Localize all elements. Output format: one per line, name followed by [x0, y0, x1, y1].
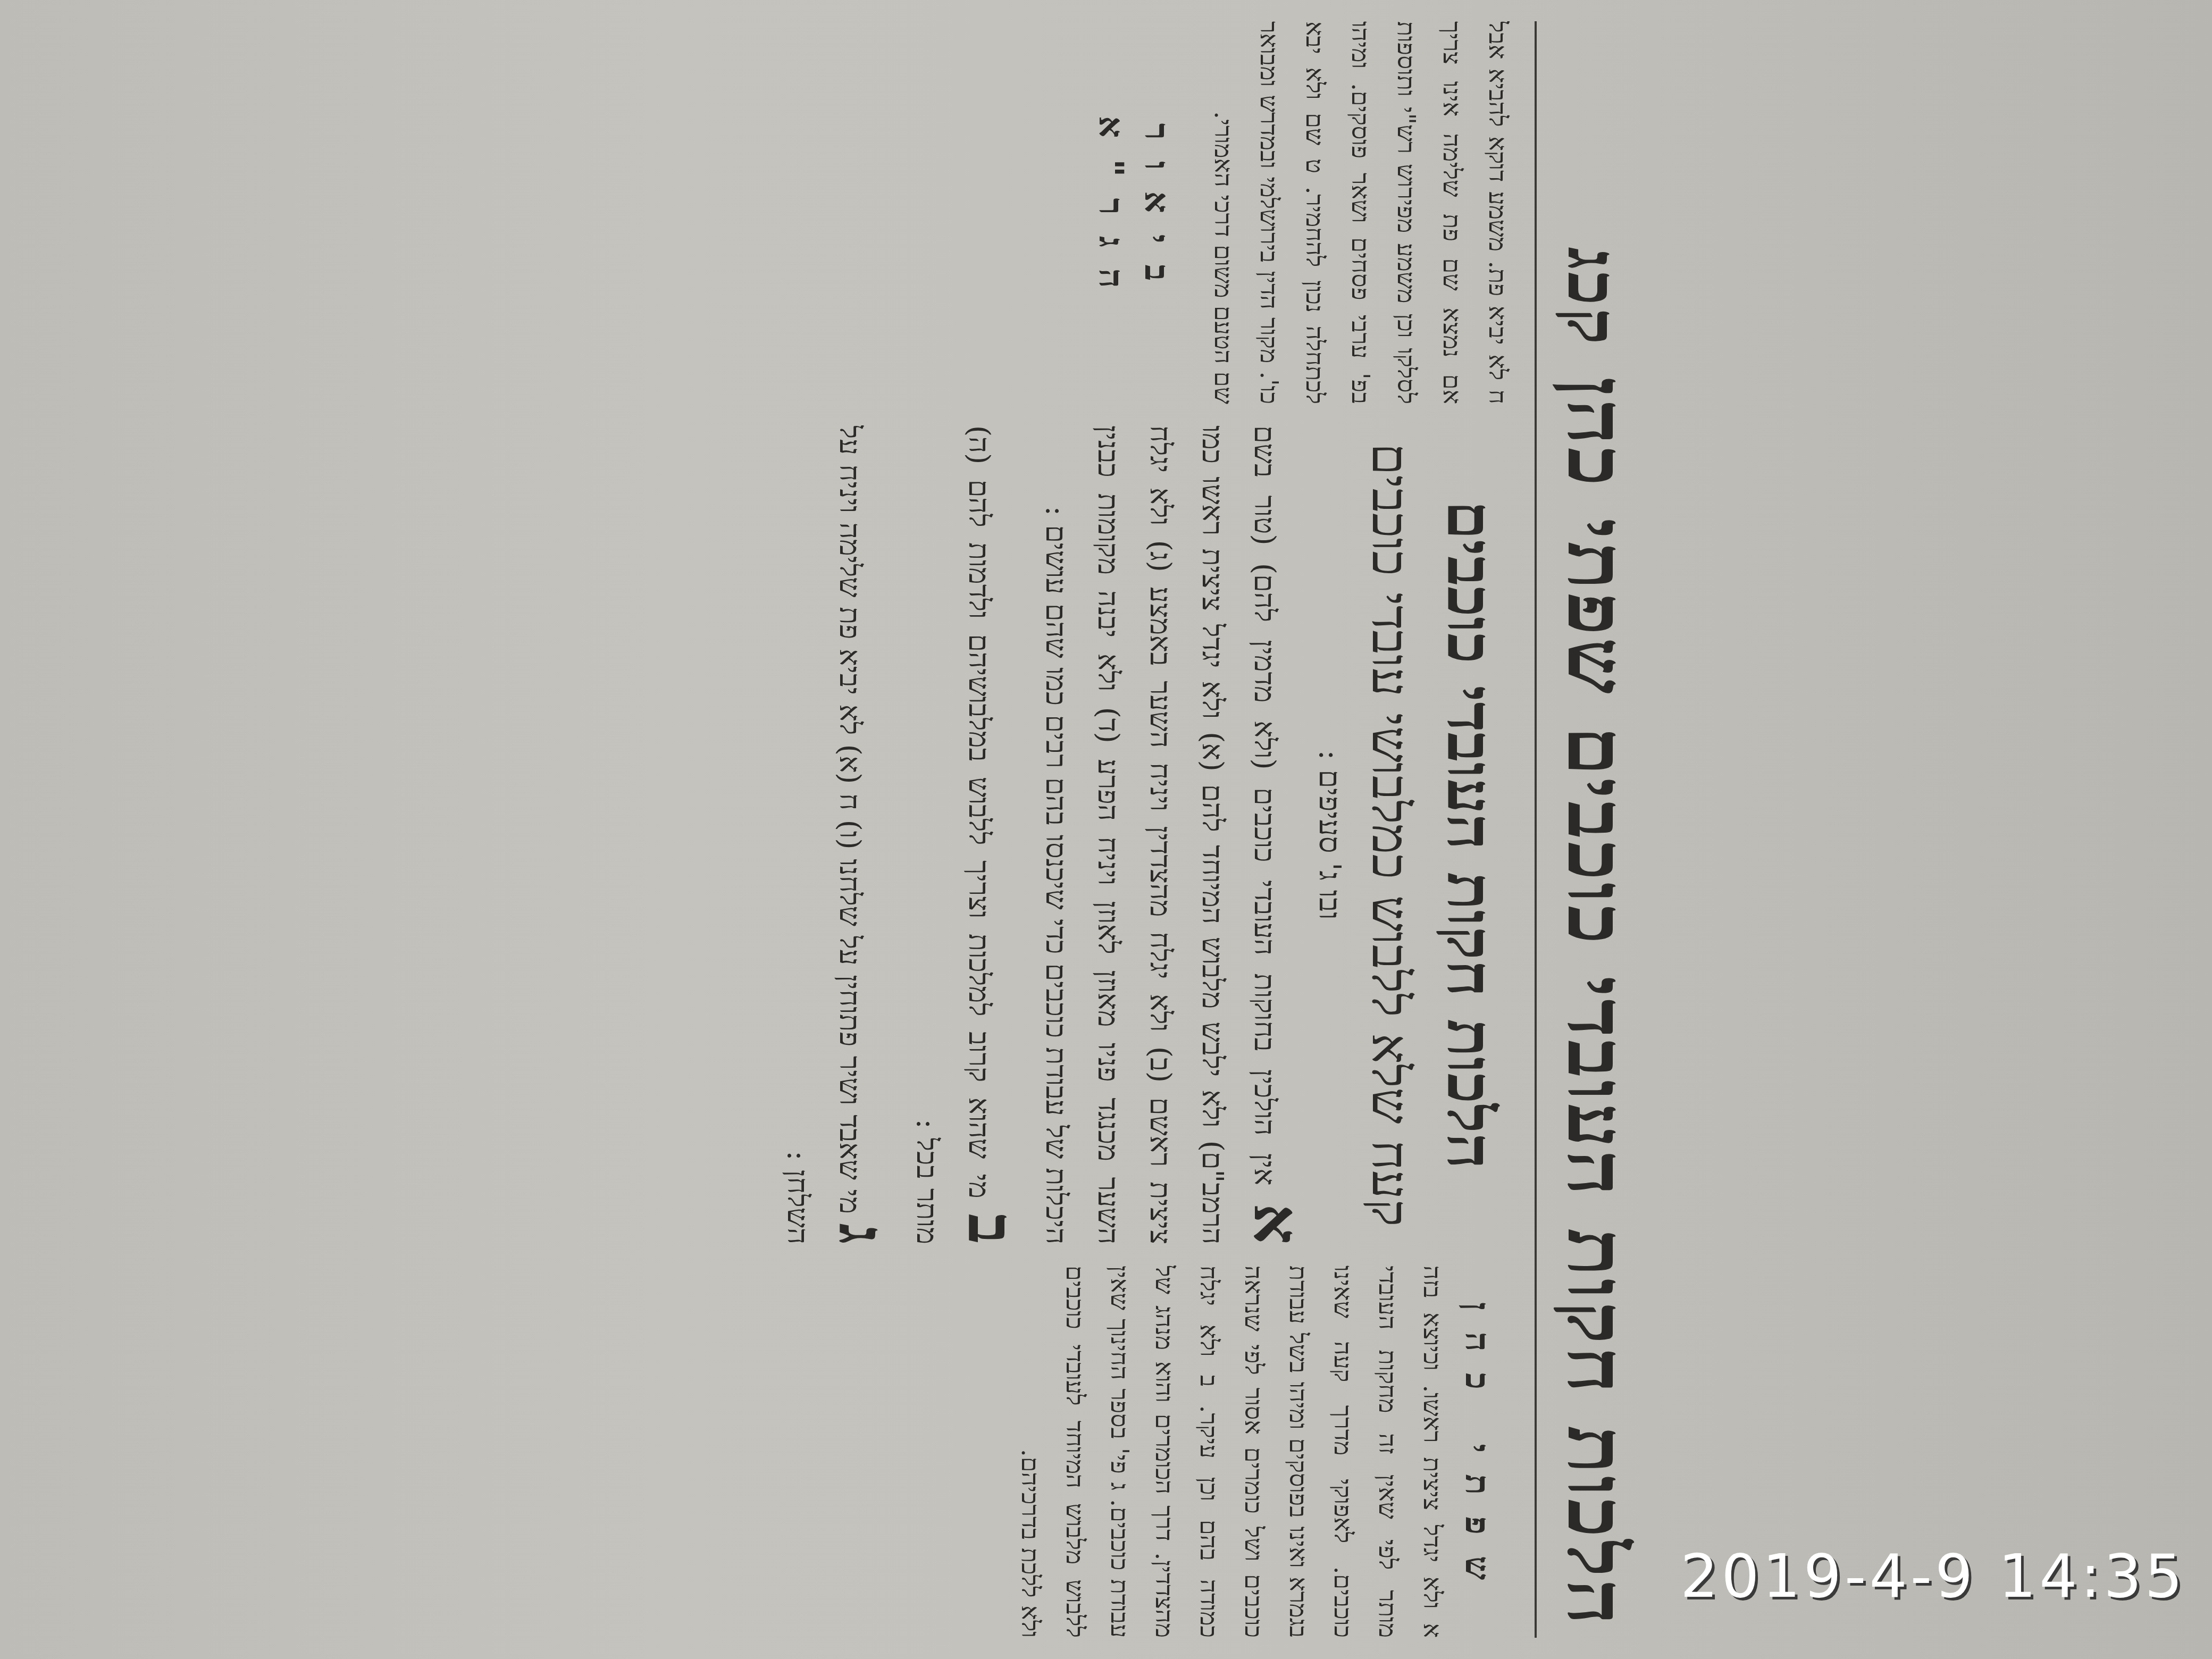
seif-letter: א — [1239, 1203, 1314, 1244]
seif-text: מי שאבד ושיר פתוחין על שלחנו (ו) ח (א) ל… — [781, 425, 867, 1244]
section-title-text: הלכות חקות העובדי כוכבים — [1434, 500, 1507, 1169]
seif-paragraph: א אין הולכין בחוקות העובדי כוכבים (ולא מ… — [1030, 425, 1303, 1244]
shach-text: א ולא יגדל ציצית ראשו. וכיוצא בזה מותר ל… — [1008, 1266, 1455, 1638]
section-subtitle-text: שלא ללבוש כמלבושי עובדי כוכבים — [1361, 443, 1420, 1124]
siman-label: קעח — [1361, 1140, 1420, 1227]
siman-number: קכג — [1552, 247, 1633, 347]
seif-paragraph: ב מי שהוא קרוב למלכות וצריך ללבוש במלבוש… — [901, 425, 1017, 1244]
shach-commentary-column: שפתי כהן א ולא יגדל ציצית ראשו. וכיוצא ב… — [0, 1266, 1521, 1638]
running-header: הלכות חקות העובדי כוכבים שפתי כהן קכג — [1549, 32, 1643, 1627]
seif-letter: ב — [954, 1213, 1029, 1244]
seif-text: אין הולכין בחוקות העובדי כוכבים (ולא מדמ… — [1040, 425, 1281, 1244]
gra-title: ביאור הגר"א — [1088, 21, 1179, 404]
section-title: הלכות חקות העובדי כוכבים — [1430, 425, 1510, 1244]
subtitle-note: ובו ג' סעיפים : — [1308, 425, 1351, 1244]
header-rule — [1535, 21, 1537, 1638]
seif-letter: ג — [825, 1223, 900, 1244]
seif-text: מי שהוא קרוב למלכות וצריך ללבוש במלבושיה… — [910, 425, 996, 1244]
gra-text: ח לא יביא פת. משמע דוקא להביא אבל אם נמצ… — [1201, 21, 1521, 404]
book-page: הלכות חקות העובדי כוכבים שפתי כהן קכג שפ… — [0, 0, 1659, 1659]
shach-title: שפתי כהן — [1455, 1266, 1499, 1638]
main-text-column: הלכות חקות העובדי כוכבים קעח שלא ללבוש כ… — [0, 425, 1521, 1244]
camera-timestamp: 2019-4-9 14:35 — [1680, 1542, 2186, 1611]
rotated-page: הלכות חקות העובדי כוכבים שפתי כהן קכג שפ… — [0, 0, 1659, 1659]
seif-paragraph: ג מי שאבד ושיר פתוחין על שלחנו (ו) ח (א)… — [772, 425, 888, 1244]
gra-commentary-column: ח לא יביא פת. משמע דוקא להביא אבל אם נמצ… — [0, 21, 1521, 404]
section-subtitle: קעח שלא ללבוש כמלבושי עובדי כוכבים — [1356, 425, 1425, 1244]
header-title: הלכות חקות העובדי כוכבים שפתי כהן — [1549, 376, 1643, 1627]
